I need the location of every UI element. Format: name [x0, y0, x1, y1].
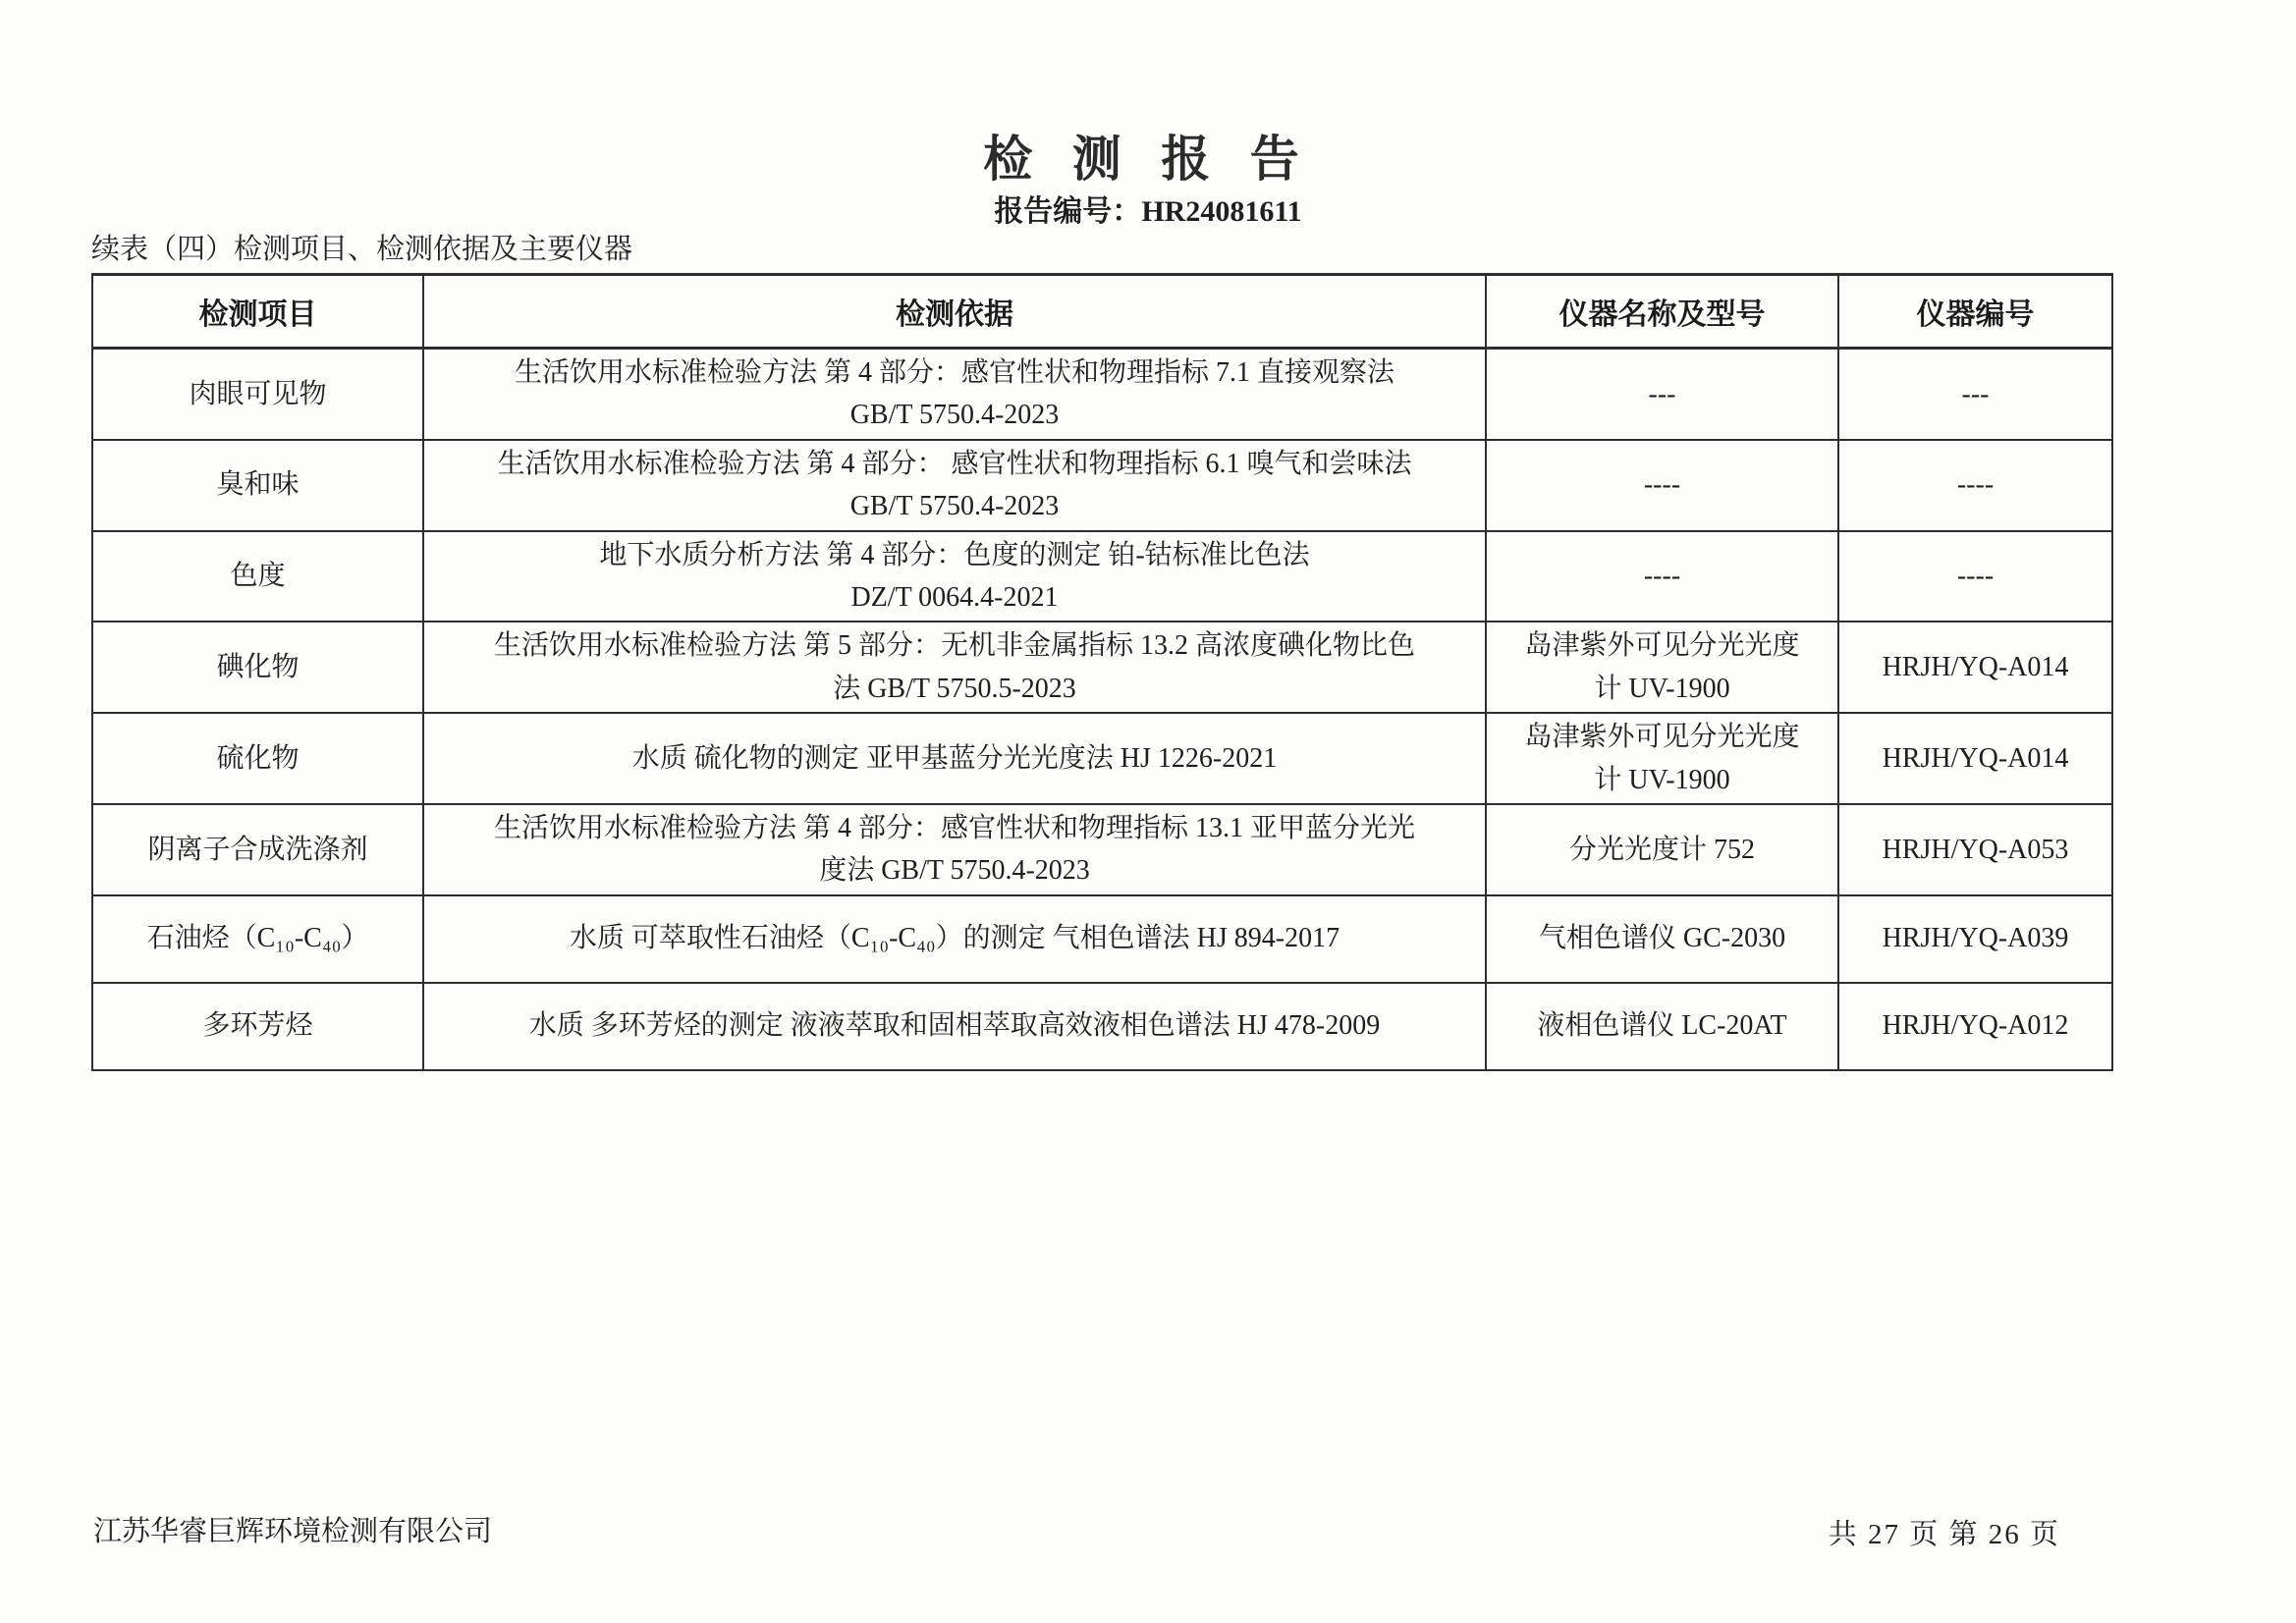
item-cell: 阴离子合成洗涤剂	[92, 804, 423, 895]
basis-cell: 生活饮用水标准检验方法 第 4 部分：感官性状和物理指标 13.1 亚甲蓝分光光…	[423, 804, 1486, 895]
footer-pagination: 共 27 页 第 26 页	[1829, 1512, 2060, 1552]
basis-cell: 生活饮用水标准检验方法 第 4 部分： 感官性状和物理指标 6.1 嗅气和尝味法…	[423, 440, 1486, 531]
basis-cell: 地下水质分析方法 第 4 部分：色度的测定 铂-钴标准比色法 DZ/T 0064…	[423, 531, 1486, 622]
report-number-value: HR24081611	[1141, 195, 1301, 228]
item-cell: 多环芳烃	[92, 983, 423, 1070]
report-page: 检 测 报 告 报告编号：HR24081611 续表（四）检测项目、检测依据及主…	[0, 0, 2296, 1623]
instrument-cell: ----	[1486, 440, 1838, 531]
instrument-cell: ----	[1486, 531, 1838, 622]
table-row: 硫化物 水质 硫化物的测定 亚甲基蓝分光光度法 HJ 1226-2021 岛津紫…	[92, 713, 2112, 804]
basis-cell: 生活饮用水标准检验方法 第 5 部分：无机非金属指标 13.2 高浓度碘化物比色…	[423, 622, 1486, 713]
test-items-table: 检测项目 检测依据 仪器名称及型号 仪器编号 肉眼可见物 生活饮用水标准检验方法…	[91, 273, 2113, 1071]
table-row: 石油烃（C₁₀-C₄₀） 水质 可萃取性石油烃（C₁₀-C₄₀）的测定 气相色谱…	[92, 895, 2112, 983]
item-cell: 臭和味	[92, 440, 423, 531]
instrument-no-cell: HRJH/YQ-A014	[1838, 622, 2112, 713]
table-row: 肉眼可见物 生活饮用水标准检验方法 第 4 部分：感官性状和物理指标 7.1 直…	[92, 349, 2112, 440]
instrument-no-cell: HRJH/YQ-A053	[1838, 804, 2112, 895]
instrument-cell: 岛津紫外可见分光光度 计 UV-1900	[1486, 713, 1838, 804]
item-cell: 肉眼可见物	[92, 349, 423, 440]
instrument-cell: 岛津紫外可见分光光度 计 UV-1900	[1486, 622, 1838, 713]
instrument-no-cell: HRJH/YQ-A014	[1838, 713, 2112, 804]
instrument-cell: 气相色谱仪 GC-2030	[1486, 895, 1838, 983]
instrument-no-cell: ----	[1838, 531, 2112, 622]
report-number-line: 报告编号：HR24081611	[0, 187, 2296, 230]
instrument-no-cell: ----	[1838, 440, 2112, 531]
item-cell: 硫化物	[92, 713, 423, 804]
table-body: 肉眼可见物 生活饮用水标准检验方法 第 4 部分：感官性状和物理指标 7.1 直…	[92, 349, 2112, 1070]
column-header-item: 检测项目	[92, 275, 423, 349]
item-cell: 碘化物	[92, 622, 423, 713]
report-number-label: 报告编号：	[994, 195, 1141, 228]
instrument-cell: 液相色谱仪 LC-20AT	[1486, 983, 1838, 1070]
table-row: 色度 地下水质分析方法 第 4 部分：色度的测定 铂-钴标准比色法 DZ/T 0…	[92, 531, 2112, 622]
basis-cell: 水质 可萃取性石油烃（C₁₀-C₄₀）的测定 气相色谱法 HJ 894-2017	[423, 895, 1486, 983]
table-header: 检测项目 检测依据 仪器名称及型号 仪器编号	[92, 275, 2112, 349]
report-title: 检 测 报 告	[0, 120, 2296, 190]
instrument-no-cell: ---	[1838, 349, 2112, 440]
footer-company-name: 江苏华睿巨辉环境检测有限公司	[93, 1509, 492, 1549]
table-row: 碘化物 生活饮用水标准检验方法 第 5 部分：无机非金属指标 13.2 高浓度碘…	[92, 622, 2112, 713]
header-row: 检测项目 检测依据 仪器名称及型号 仪器编号	[92, 275, 2112, 349]
instrument-no-cell: HRJH/YQ-A039	[1838, 895, 2112, 983]
instrument-no-cell: HRJH/YQ-A012	[1838, 983, 2112, 1070]
table-caption: 续表（四）检测项目、检测依据及主要仪器	[91, 227, 632, 267]
basis-cell: 生活饮用水标准检验方法 第 4 部分：感官性状和物理指标 7.1 直接观察法 G…	[423, 349, 1486, 440]
instrument-cell: 分光光度计 752	[1486, 804, 1838, 895]
column-header-instrument-no: 仪器编号	[1838, 275, 2112, 349]
basis-cell: 水质 硫化物的测定 亚甲基蓝分光光度法 HJ 1226-2021	[423, 713, 1486, 804]
table-row: 多环芳烃 水质 多环芳烃的测定 液液萃取和固相萃取高效液相色谱法 HJ 478-…	[92, 983, 2112, 1070]
table-row: 阴离子合成洗涤剂 生活饮用水标准检验方法 第 4 部分：感官性状和物理指标 13…	[92, 804, 2112, 895]
table-row: 臭和味 生活饮用水标准检验方法 第 4 部分： 感官性状和物理指标 6.1 嗅气…	[92, 440, 2112, 531]
basis-cell: 水质 多环芳烃的测定 液液萃取和固相萃取高效液相色谱法 HJ 478-2009	[423, 983, 1486, 1070]
instrument-cell: ---	[1486, 349, 1838, 440]
column-header-instrument: 仪器名称及型号	[1486, 275, 1838, 349]
item-cell: 石油烃（C₁₀-C₄₀）	[92, 895, 423, 983]
column-header-basis: 检测依据	[423, 275, 1486, 349]
item-cell: 色度	[92, 531, 423, 622]
